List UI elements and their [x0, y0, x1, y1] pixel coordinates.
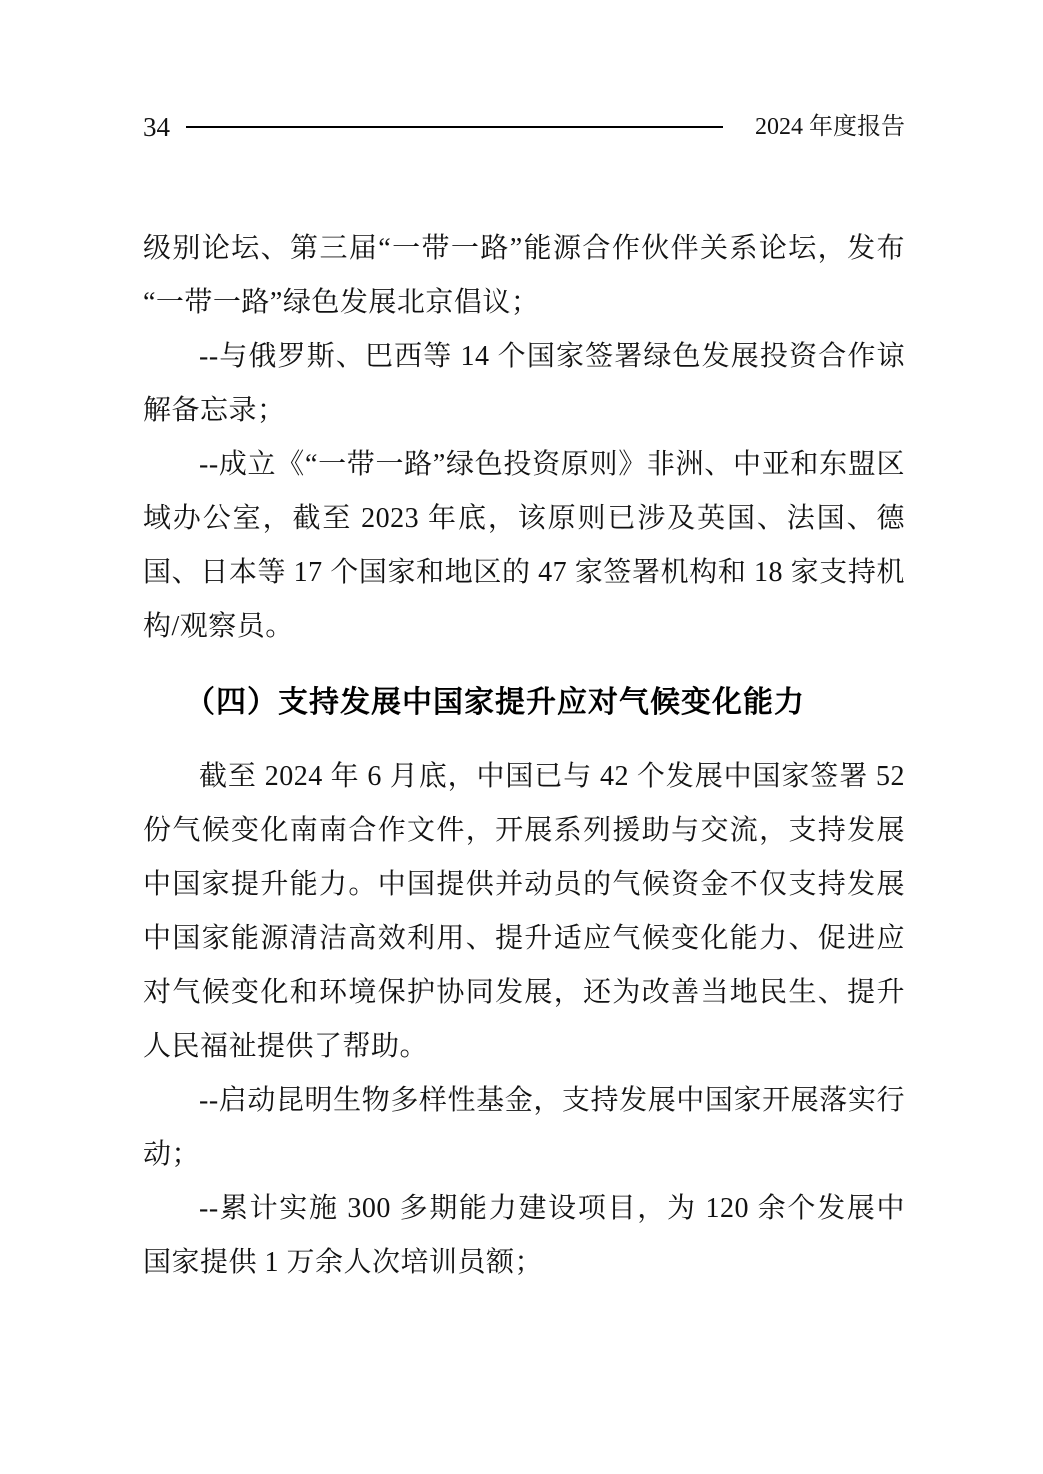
paragraph-south-south-cooperation: 截至 2024 年 6 月底，中国已与 42 个发展中国家签署 52 份气候变化…	[143, 750, 905, 1074]
header-report-title: 2024 年度报告	[755, 112, 905, 142]
paragraph-kunming-biodiversity-fund: --启动昆明生物多样性基金，支持发展中国家开展落实行动；	[143, 1074, 905, 1182]
page-header: 34 2024 年度报告	[143, 112, 905, 142]
paragraph-mou-countries: --与俄罗斯、巴西等 14 个国家签署绿色发展投资合作谅解备忘录；	[143, 330, 905, 438]
paragraph-green-investment-principles: --成立《“一带一路”绿色投资原则》非洲、中亚和东盟区域办公室，截至 2023 …	[143, 438, 905, 654]
document-page: 34 2024 年度报告 级别论坛、第三届“一带一路”能源合作伙伴关系论坛，发布…	[0, 0, 1043, 1474]
header-rule-line	[186, 126, 723, 128]
section-heading: （四）支持发展中国家提升应对气候变化能力	[143, 676, 905, 730]
page-number: 34	[143, 112, 170, 142]
paragraph-continuation: 级别论坛、第三届“一带一路”能源合作伙伴关系论坛，发布“一带一路”绿色发展北京倡…	[143, 222, 905, 330]
page-body: 级别论坛、第三届“一带一路”能源合作伙伴关系论坛，发布“一带一路”绿色发展北京倡…	[143, 222, 905, 1290]
paragraph-capacity-building-projects: --累计实施 300 多期能力建设项目，为 120 余个发展中国家提供 1 万余…	[143, 1182, 905, 1290]
